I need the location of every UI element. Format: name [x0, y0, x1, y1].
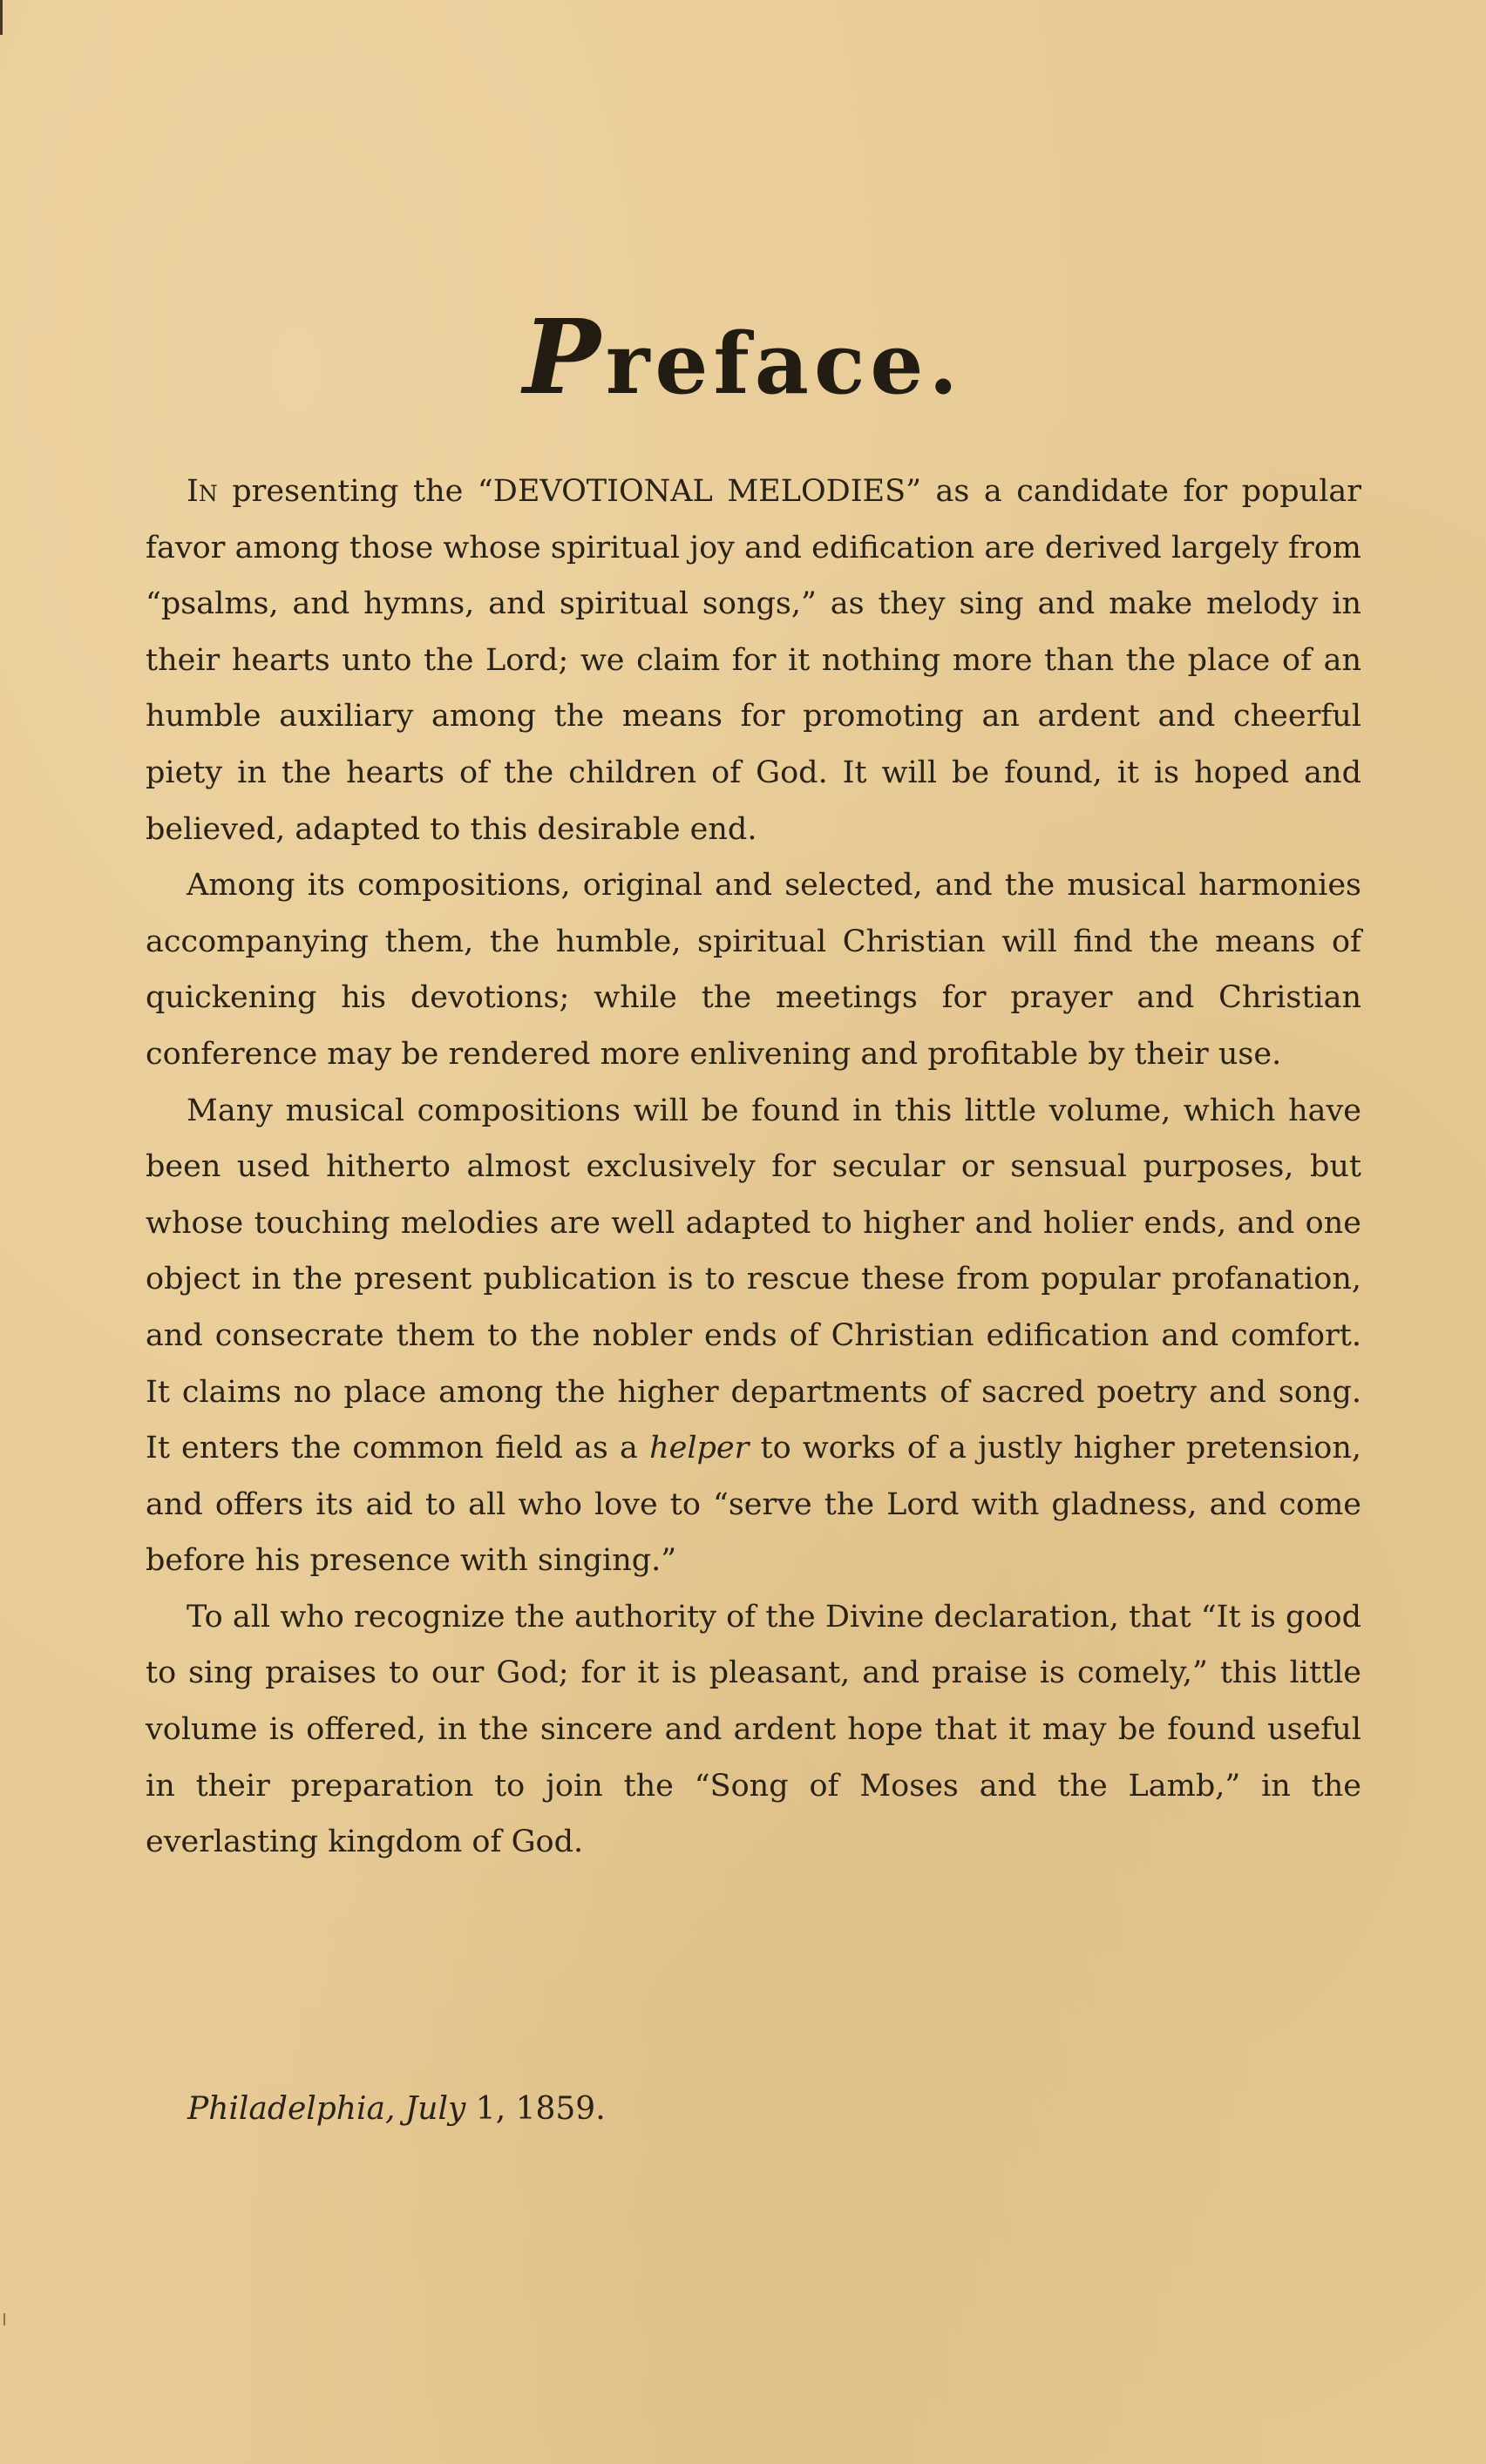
signoff-month: July [405, 2091, 465, 2127]
paragraph-text: Many musical compositions will be found … [146, 1093, 1361, 1466]
signoff-date: 1, 1859. [476, 2091, 606, 2127]
title-initial: P [523, 296, 606, 417]
page-title: Preface. [0, 296, 1486, 417]
paragraph-1: In presenting the “DEVOTIONAL MELODIES” … [146, 464, 1361, 857]
paragraph-2: Among its compositions, original and sel… [146, 857, 1361, 1082]
page-edge-mark-bottom [3, 2313, 5, 2325]
preface-body: In presenting the “DEVOTIONAL MELODIES” … [146, 464, 1361, 1871]
page-edge-mark [0, 0, 3, 35]
paragraph-4: To all who recognize the authority of th… [146, 1589, 1361, 1871]
lead-word: In [187, 474, 218, 509]
emphasis-helper: helper [649, 1431, 749, 1466]
signoff: Philadelphia, July 1, 1859. [187, 2091, 606, 2127]
title-rest: reface. [606, 315, 963, 413]
paragraph-text: presenting the “DEVOTIONAL MELODIES” as … [146, 474, 1361, 847]
signoff-place: Philadelphia, [187, 2091, 395, 2127]
paragraph-3: Many musical compositions will be found … [146, 1083, 1361, 1589]
